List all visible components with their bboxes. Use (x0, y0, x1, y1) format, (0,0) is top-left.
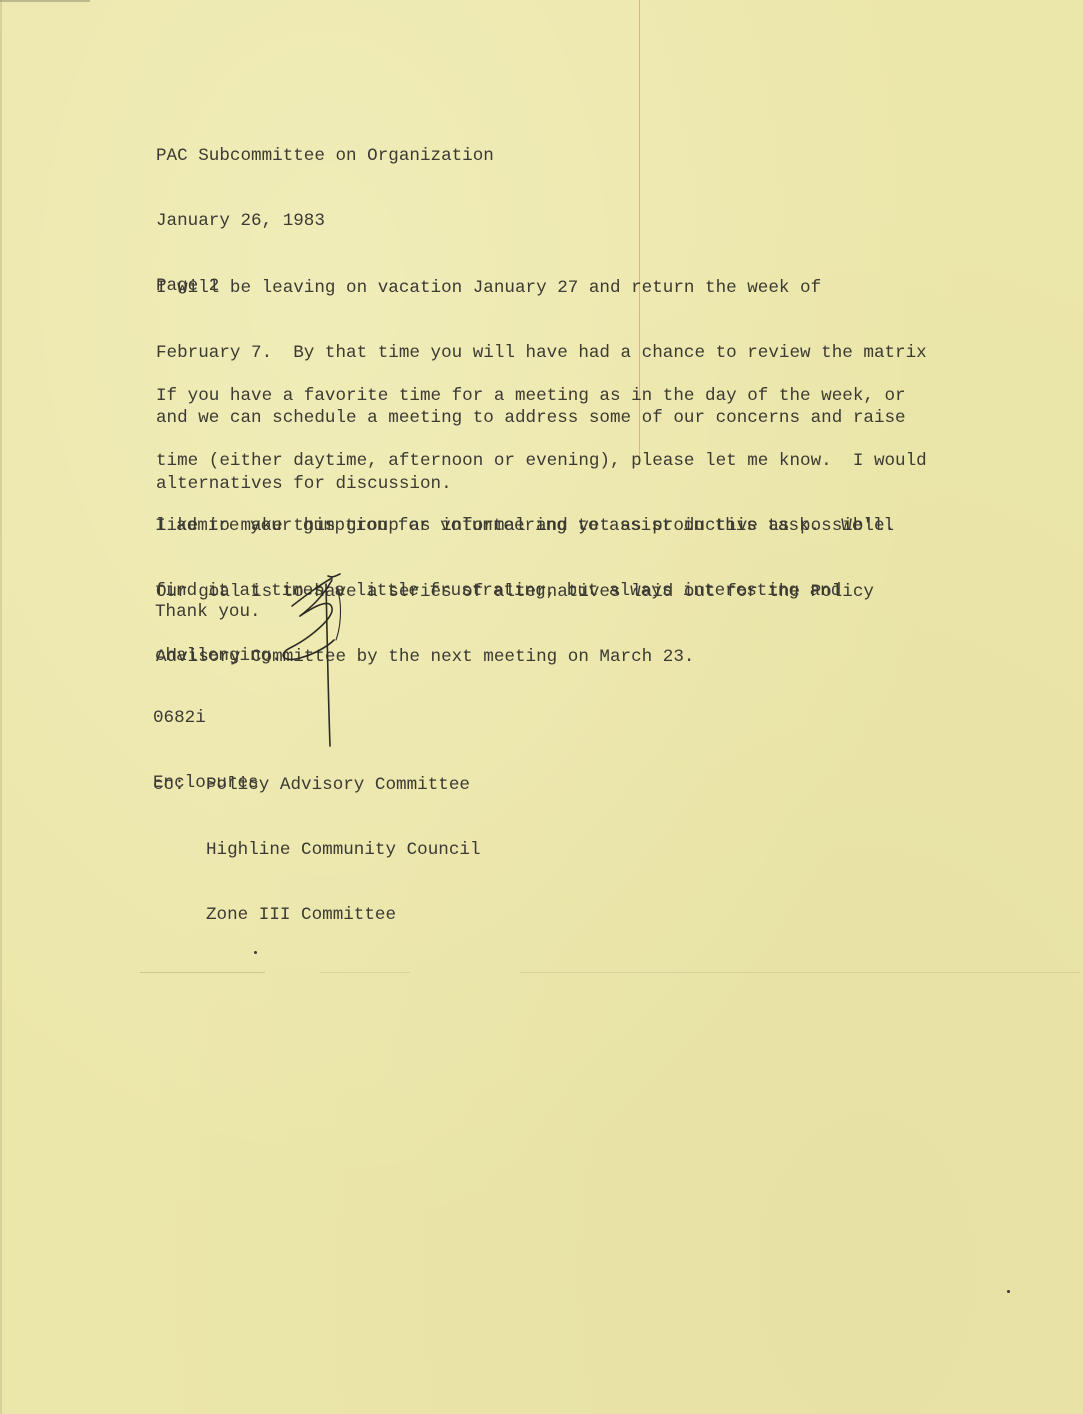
faint-rule (320, 972, 410, 973)
cc-recipient: Policy Advisory Committee (206, 775, 470, 795)
reference-code: 0682i (153, 708, 259, 730)
header-title: PAC Subcommittee on Organization (156, 146, 494, 168)
cc-label: cc: (153, 775, 206, 797)
cc-row: cc:Policy Advisory Committee (153, 775, 481, 797)
paper-speck (1007, 1290, 1010, 1293)
cc-recipient: Highline Community Council (153, 840, 481, 862)
signature-icon (270, 568, 360, 748)
paragraph-line: I admire your gumption for volunteering … (155, 516, 894, 538)
letter-page: PAC Subcommittee on Organization January… (0, 0, 1083, 1414)
paper-left-edge (0, 0, 2, 1414)
cc-recipient: Zone III Committee (153, 905, 481, 927)
faint-rule (520, 972, 1080, 973)
paper-speck (254, 951, 257, 954)
paragraph-line: find it at times a little frustrating, b… (155, 581, 894, 603)
closing-text: Thank you. (155, 602, 261, 624)
paragraph-line: If you have a favorite time for a meetin… (156, 386, 927, 408)
paper-top-edge (0, 0, 90, 2)
paragraph-line: challenging. (155, 646, 894, 668)
faint-rule (140, 972, 265, 973)
closing: Thank you. (155, 558, 261, 667)
cc-list: cc:Policy Advisory Committee Highline Co… (153, 731, 481, 971)
paragraph-line: I will be leaving on vacation January 27… (156, 278, 927, 300)
paragraph-line: time (either daytime, afternoon or eveni… (156, 451, 927, 473)
header-date: January 26, 1983 (156, 211, 494, 233)
paragraph-gumption: I admire your gumption for volunteering … (155, 472, 894, 712)
